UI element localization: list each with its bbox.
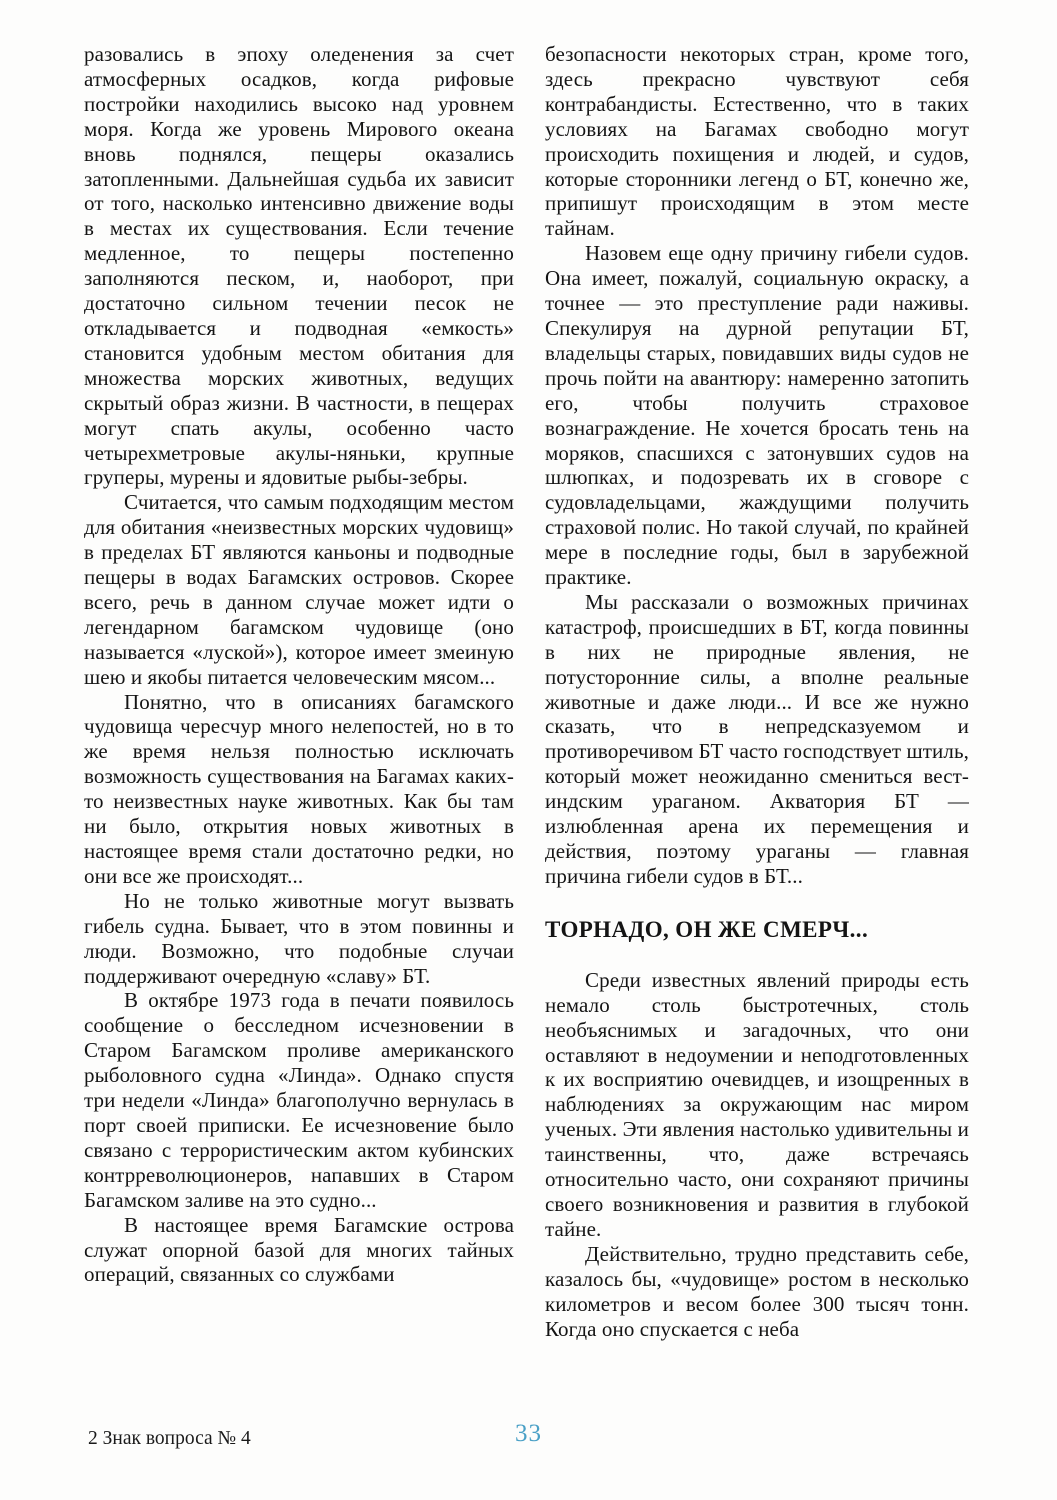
paragraph: Мы рассказали о возможных причинах катас…: [545, 590, 969, 889]
book-page: разовались в эпоху оледенения за счет ат…: [0, 0, 1057, 1500]
page-number: 33: [0, 1420, 1057, 1448]
section-heading: ТОРНАДО, ОН ЖЕ СМЕРЧ...: [545, 917, 969, 943]
paragraph: Считается, что самым подходящим местом д…: [84, 490, 514, 689]
paragraph: В настоящее время Багамские острова служ…: [84, 1213, 514, 1288]
paragraph: В октябре 1973 года в печати появилось с…: [84, 988, 514, 1212]
paragraph: Среди известных явлений природы есть нем…: [545, 968, 969, 1242]
paragraph: Но не только животные могут вызвать гибе…: [84, 889, 514, 989]
paragraph: Понятно, что в описаниях багамского чудо…: [84, 690, 514, 889]
right-column: безопасности некоторых стран, кроме того…: [545, 42, 969, 1341]
left-column: разовались в эпоху оледенения за счет ат…: [84, 42, 514, 1287]
paragraph: разовались в эпоху оледенения за счет ат…: [84, 42, 514, 490]
paragraph: Назовем еще одну причину гибели судов. О…: [545, 241, 969, 590]
paragraph: Действительно, трудно представить себе, …: [545, 1242, 969, 1342]
paragraph: безопасности некоторых стран, кроме того…: [545, 42, 969, 241]
